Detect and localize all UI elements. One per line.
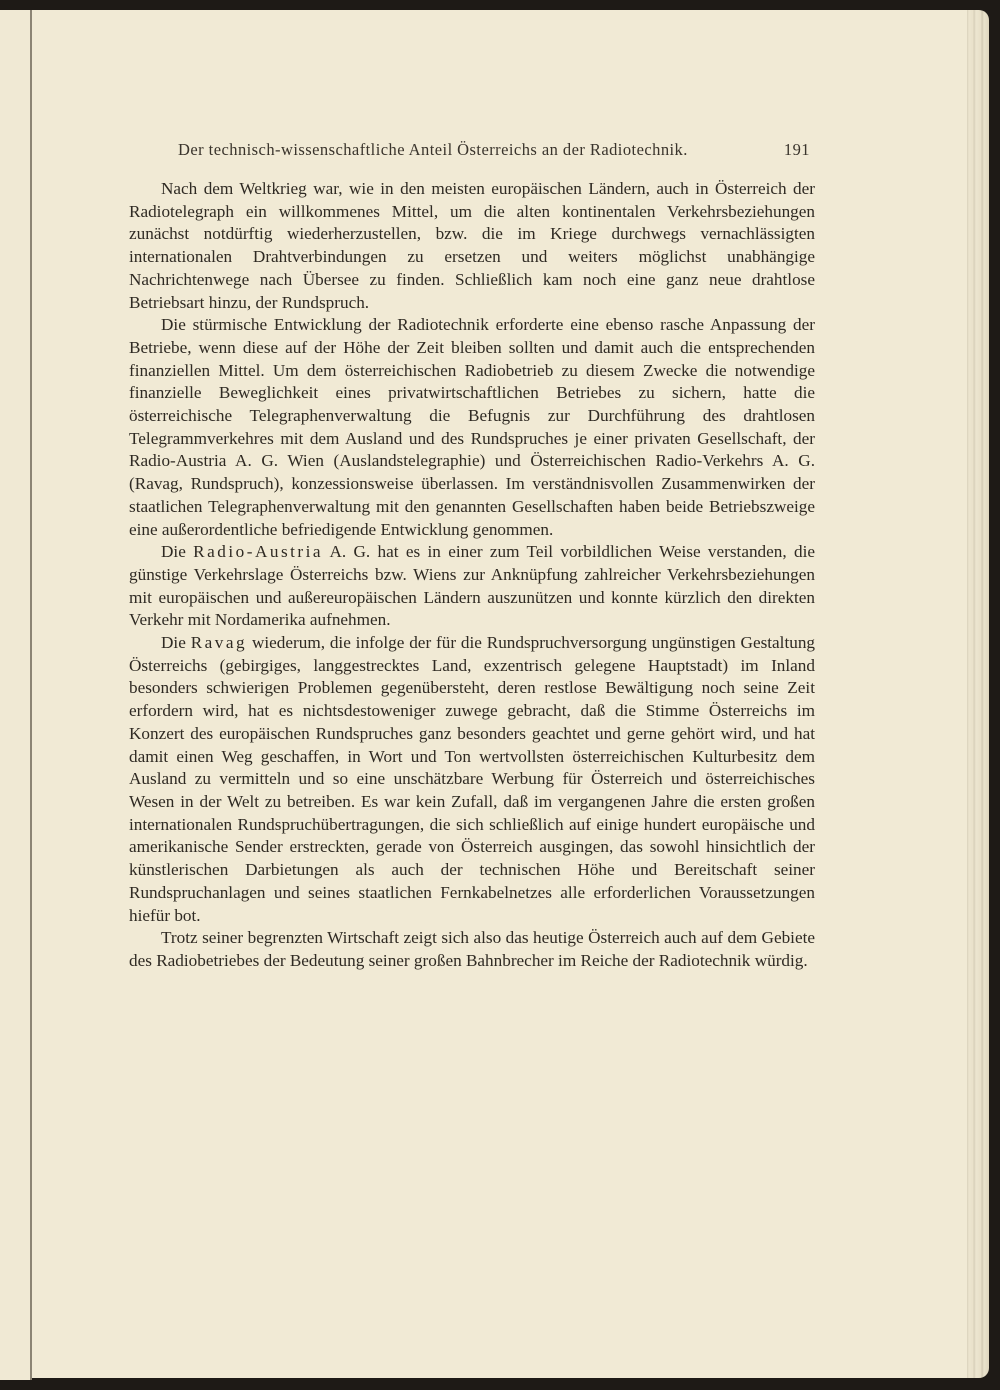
paragraph-2: Die stürmische Entwicklung der Radiotech…: [129, 314, 815, 541]
page-stack-edges: [967, 10, 989, 1378]
paragraph-body: wiederum, die infolge der für die Rundsp…: [129, 633, 815, 924]
spaced-name-ravag: Ravag: [191, 633, 247, 652]
paragraph-5: Trotz seiner begrenzten Wirtschaft zeigt…: [129, 927, 815, 972]
spaced-name-radio-austria: Radio-Austria: [193, 542, 323, 561]
paragraph-lead: Die: [161, 633, 186, 652]
paragraph-1: Nach dem Weltkrieg war, wie in den meist…: [129, 178, 815, 314]
paragraph-lead: Die: [161, 542, 186, 561]
facing-page-edge: [0, 10, 32, 1380]
body-text: Nach dem Weltkrieg war, wie in den meist…: [129, 178, 815, 973]
running-head-title: Der technisch-wissenschaftliche Anteil Ö…: [178, 140, 688, 160]
paragraph-3: Die Radio-Austria A. G. hat es in einer …: [129, 541, 815, 632]
running-head: Der technisch-wissenschaftliche Anteil Ö…: [178, 140, 810, 160]
paragraph-4: Die Ravag wiederum, die infolge der für …: [129, 632, 815, 927]
page-number: 191: [784, 140, 810, 160]
